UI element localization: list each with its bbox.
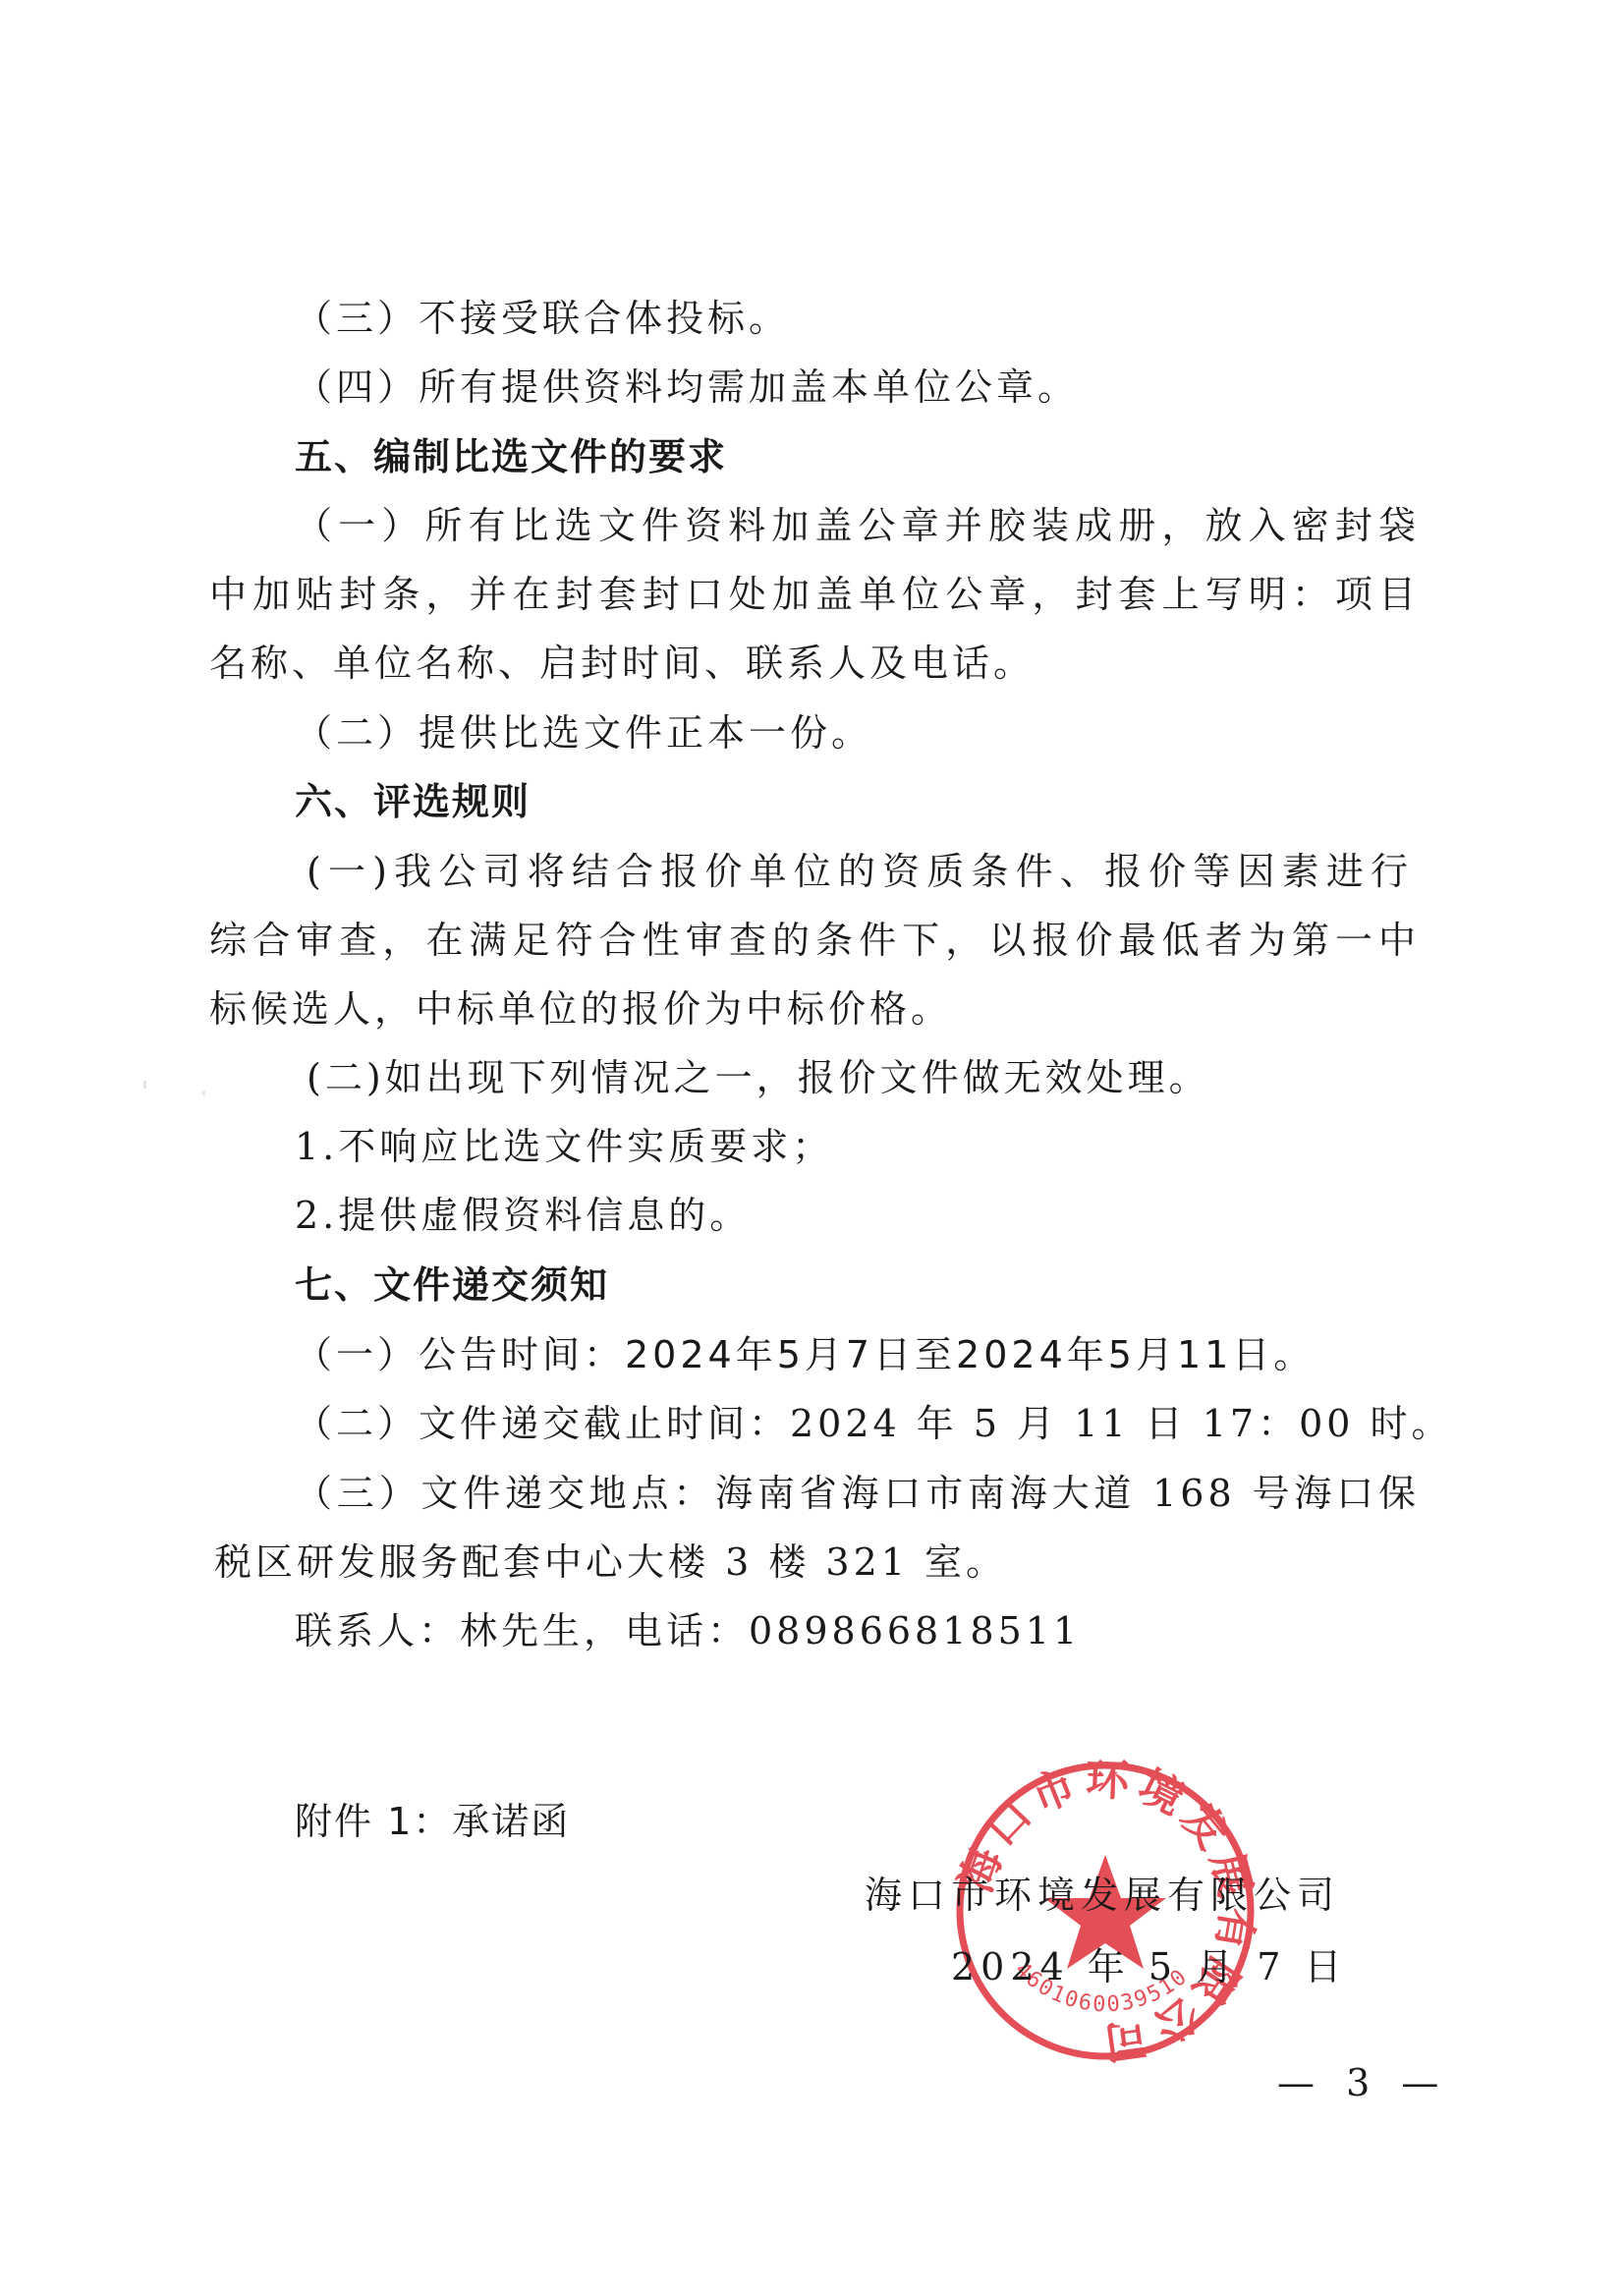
section-five-heading: 五、编制比选文件的要求 xyxy=(295,433,727,480)
submission-deadline: （二）文件递交截止时间：2024 年 5 月 11 日 17：00 时。 xyxy=(295,1400,1453,1447)
announcement-period: （一）公告时间：2024年5月7日至2024年5月11日。 xyxy=(295,1331,1315,1378)
page-number: — 3 — xyxy=(1277,2061,1448,2104)
submission-location-line-2: 税区研发服务配套中心大楼 3 楼 321 室。 xyxy=(214,1539,1007,1586)
section-six-item-one-line-3: 标候选人，中标单位的报价为中标价格。 xyxy=(209,985,952,1033)
section-six-item-one-line-2: 综合审查，在满足符合性审查的条件下，以报价最低者为第一中 xyxy=(209,917,1420,964)
signature-company-name: 海口市环境发展有限公司 xyxy=(865,1872,1340,1919)
section-six-heading: 六、评选规则 xyxy=(295,778,531,825)
contact-info: 联系人：林先生，电话：089866818511 xyxy=(295,1607,1081,1654)
section-five-item-two: （二）提供比选文件正本一份。 xyxy=(295,709,872,756)
attachment-label: 附件 1：承诺函 xyxy=(295,1798,570,1845)
document-page: （三）不接受联合体投标。 （四）所有提供资料均需加盖本单位公章。 五、编制比选文… xyxy=(0,0,1624,2295)
invalid-condition-2: 2.提供虚假资料信息的。 xyxy=(295,1192,751,1239)
section-five-item-one-line-2: 中加贴封条，并在封套封口处加盖单位公章，封套上写明：项目 xyxy=(209,571,1420,618)
section-seven-heading: 七、文件递交须知 xyxy=(295,1261,609,1309)
section-five-item-one-line-1: （一）所有比选文件资料加盖公章并胶装成册，放入密封袋 xyxy=(295,502,1420,549)
item-no-consortium: （三）不接受联合体投标。 xyxy=(295,295,790,342)
signature-date: 2024 年 5 月 7 日 xyxy=(951,1943,1347,1990)
scan-artifact xyxy=(202,1091,205,1095)
section-six-item-one-line-1: (一)我公司将结合报价单位的资质条件、报价等因素进行 xyxy=(307,848,1412,895)
section-five-item-one-line-3: 名称、单位名称、启封时间、联系人及电话。 xyxy=(209,640,1035,687)
scan-artifact xyxy=(143,1081,146,1089)
item-seal-required: （四）所有提供资料均需加盖本单位公章。 xyxy=(295,364,1079,411)
section-six-item-two: (二)如出现下列情况之一，报价文件做无效处理。 xyxy=(307,1054,1210,1101)
invalid-condition-1: 1.不响应比选文件实质要求； xyxy=(295,1123,833,1170)
submission-location-line-1: （三）文件递交地点：海南省海口市南海大道 168 号海口保 xyxy=(295,1470,1420,1517)
